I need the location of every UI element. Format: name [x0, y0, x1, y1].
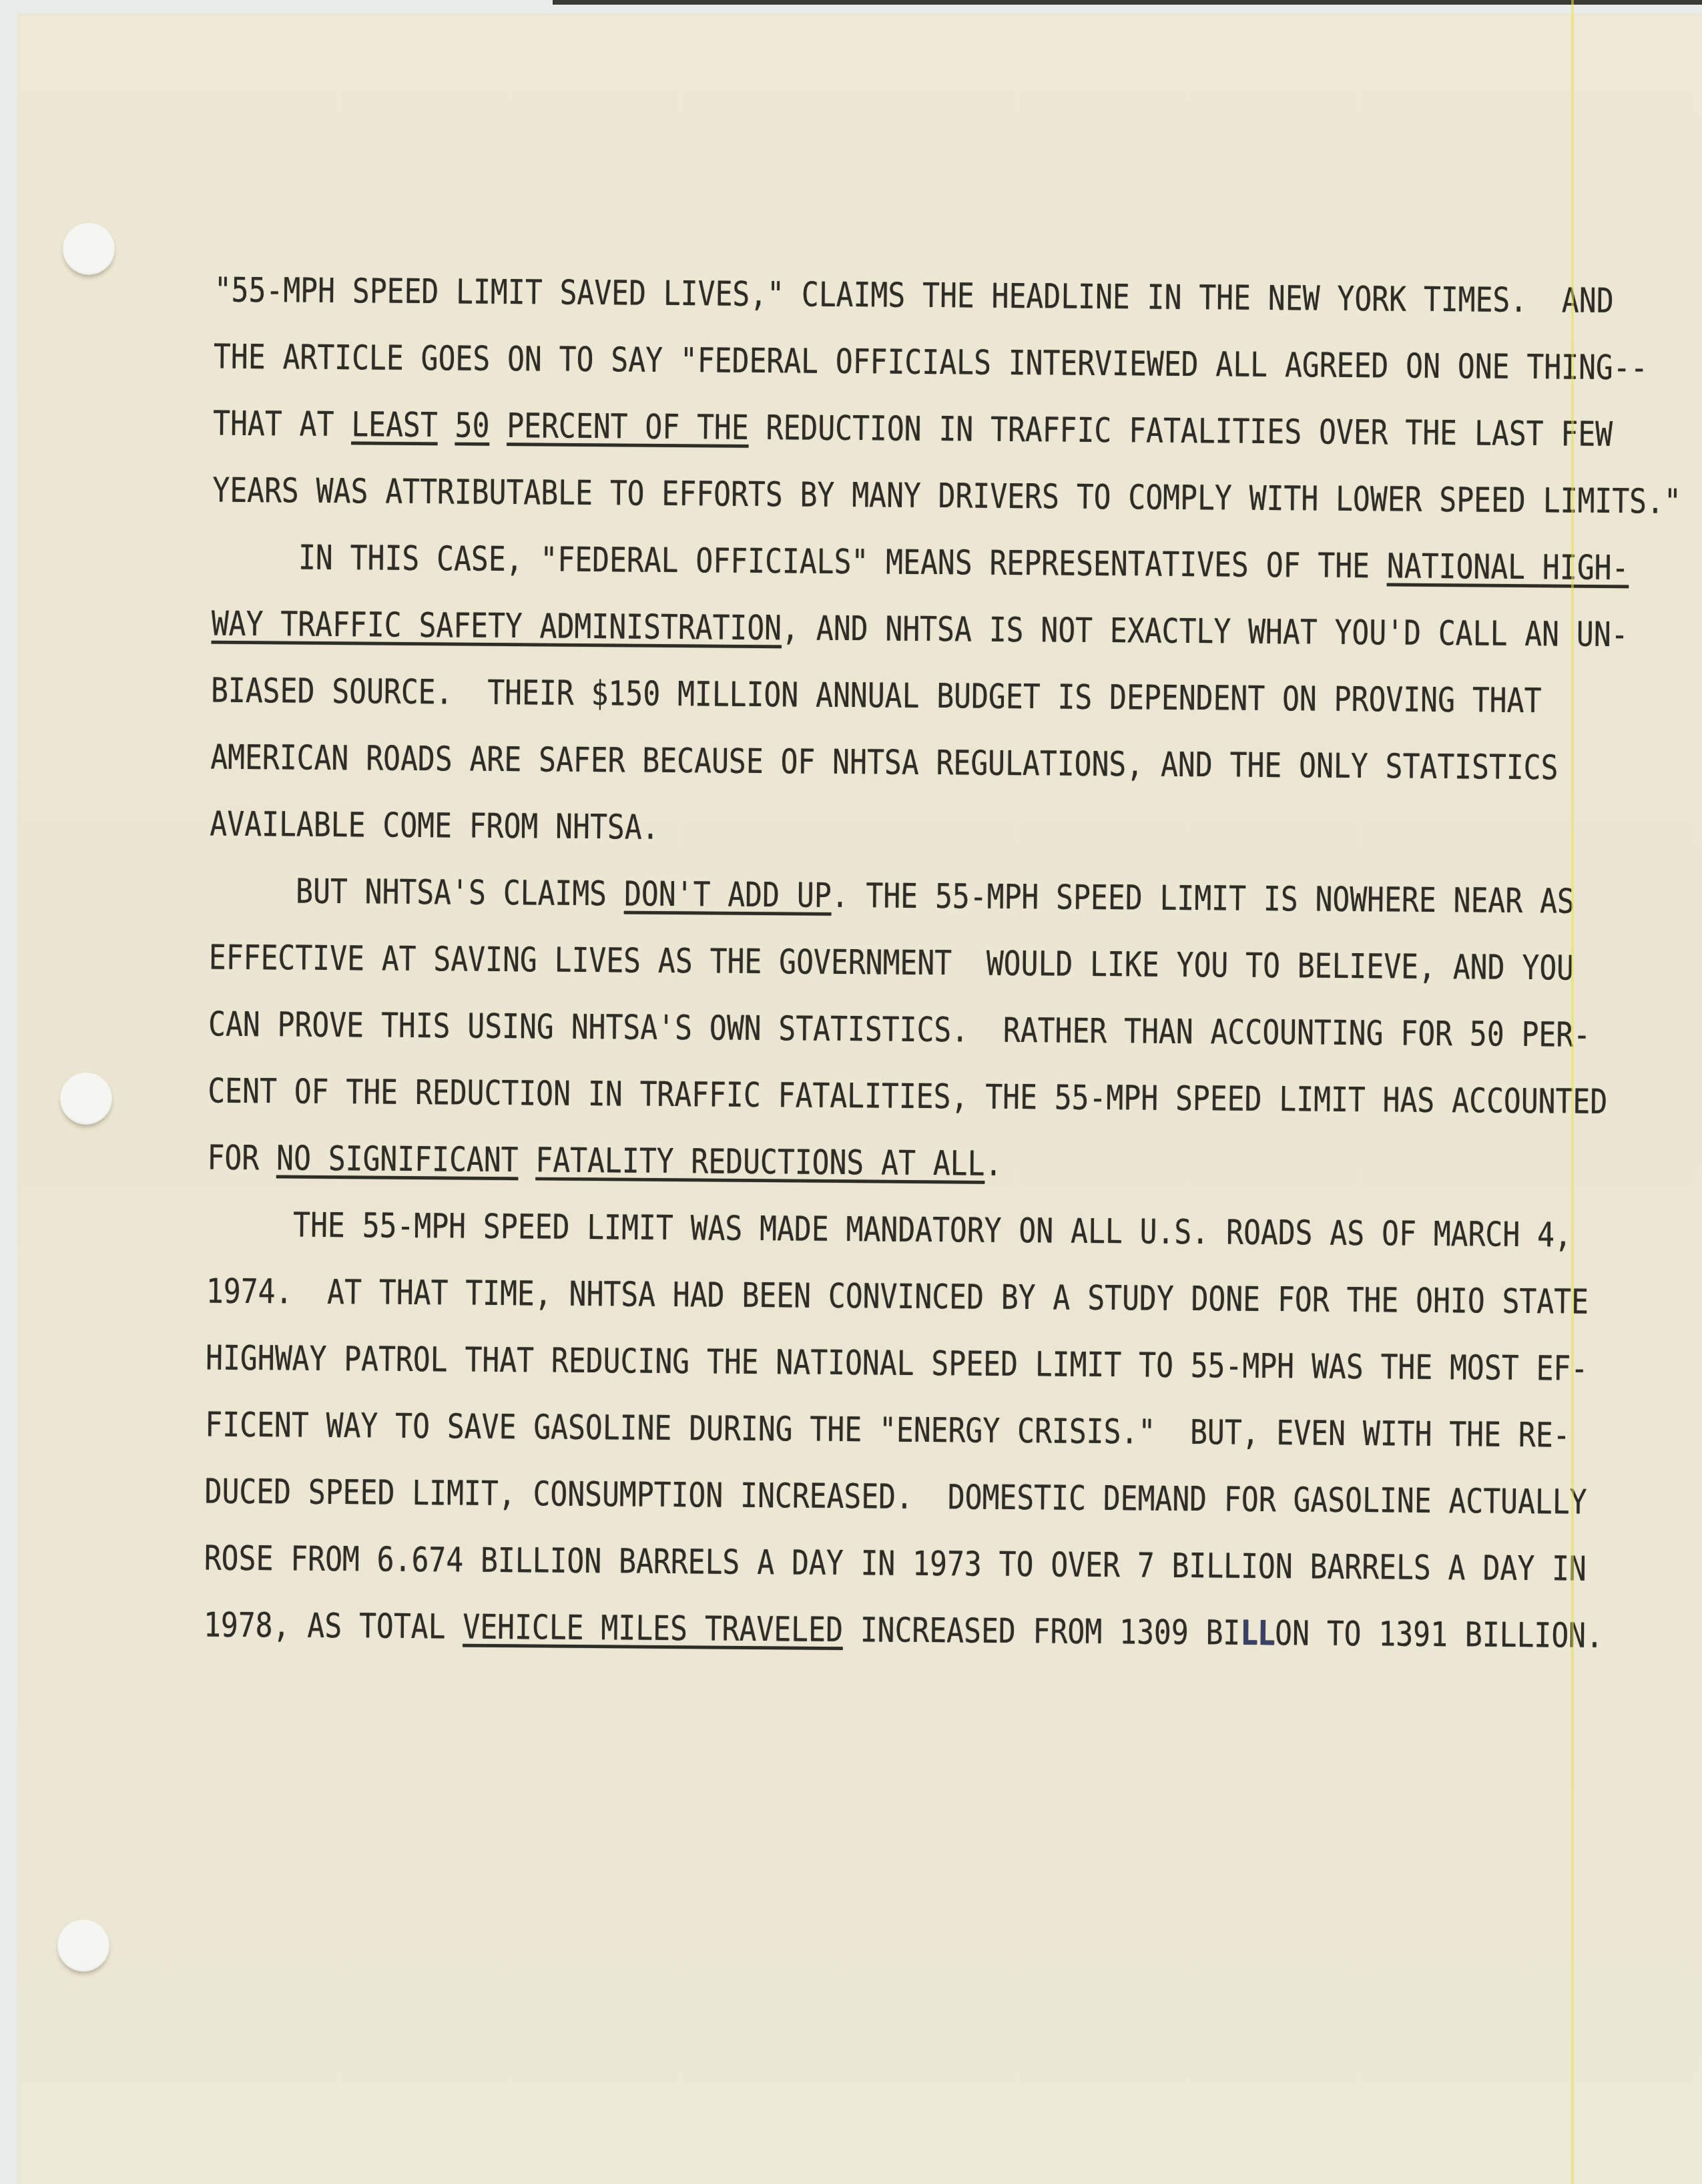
scan-edge-top	[553, 0, 1702, 5]
text-segment	[438, 406, 455, 445]
text-segment: ON TO 1391 BILLION.	[1275, 1614, 1603, 1656]
text-segment: BIASED SOURCE. THEIR $150 MILLION ANNUAL…	[211, 671, 1542, 722]
underlined-text-segment: WAY TRAFFIC SAFETY ADMINISTRATION	[212, 605, 782, 649]
text-segment: THE 55-MPH SPEED LIMIT WAS MADE MANDATOR…	[207, 1205, 1573, 1255]
text-segment: INCREASED FROM 1309 BI	[843, 1611, 1241, 1653]
document-text: "55-MPH SPEED LIMIT SAVED LIVES," CLAIMS…	[204, 251, 1683, 1664]
text-segment: , AND NHTSA IS NOT EXACTLY WHAT YOU'D CA…	[782, 609, 1629, 655]
text-segment: CENT OF THE REDUCTION IN TRAFFIC FATALIT…	[208, 1071, 1607, 1121]
text-segment: ROSE FROM 6.674 BILLION BARRELS A DAY IN…	[204, 1539, 1587, 1589]
text-segment: .	[984, 1145, 1002, 1184]
overstruck-text-segment: LL	[1240, 1614, 1275, 1653]
text-segment	[489, 406, 507, 446]
underlined-text-segment: DON'T ADD UP	[624, 874, 832, 915]
underlined-text-segment: PERCENT OF THE	[507, 406, 749, 448]
document-line: 1978, AS TOTAL VEHICLE MILES TRAVELED IN…	[204, 1586, 1673, 1676]
text-segment: HIGHWAY PATROL THAT REDUCING THE NATIONA…	[206, 1338, 1588, 1388]
text-segment	[518, 1141, 535, 1180]
text-segment: THE ARTICLE GOES ON TO SAY "FEDERAL OFFI…	[214, 338, 1648, 388]
text-segment: FICENT WAY TO SAVE GASOLINE DURING THE "…	[205, 1405, 1571, 1455]
text-segment: AMERICAN ROADS ARE SAFER BECAUSE OF NHTS…	[210, 738, 1558, 788]
text-segment: FOR	[207, 1138, 276, 1178]
underlined-text-segment: NATIONAL HIGH-	[1387, 547, 1629, 588]
text-segment: THAT AT	[213, 404, 352, 445]
text-segment: REDUCTION IN TRAFFIC FATALITIES OVER THE…	[749, 408, 1613, 455]
document-page: "55-MPH SPEED LIMIT SAVED LIVES," CLAIMS…	[17, 13, 1702, 2184]
underlined-text-segment: LEAST	[351, 405, 438, 445]
text-segment: . THE 55-MPH SPEED LIMIT IS NOWHERE NEAR…	[831, 876, 1575, 922]
hole-punch-top	[63, 223, 115, 275]
underlined-text-segment: VEHICLE MILES TRAVELED	[463, 1608, 843, 1650]
text-segment: IN THIS CASE, "FEDERAL OFFICIALS" MEANS …	[212, 538, 1387, 587]
text-segment: YEARS WAS ATTRIBUTABLE TO EFFORTS BY MAN…	[212, 471, 1681, 522]
hole-punch-bottom	[57, 1920, 109, 1972]
text-segment: 1978, AS TOTAL	[204, 1605, 463, 1647]
text-segment: "55-MPH SPEED LIMIT SAVED LIVES," CLAIMS…	[214, 271, 1614, 321]
underlined-text-segment: FATALITY REDUCTIONS AT ALL	[535, 1141, 985, 1183]
text-segment: CAN PROVE THIS USING NHTSA'S OWN STATIST…	[208, 1005, 1591, 1055]
scan-artifact-yellow-line	[1571, 0, 1574, 2184]
text-segment: DUCED SPEED LIMIT, CONSUMPTION INCREASED…	[204, 1472, 1587, 1522]
hole-punch-middle	[60, 1073, 112, 1125]
underlined-text-segment: NO SIGNIFICANT	[276, 1139, 519, 1180]
text-segment: AVAILABLE COME FROM NHTSA.	[210, 805, 659, 848]
text-segment: EFFECTIVE AT SAVING LIVES AS THE GOVERNM…	[209, 938, 1575, 989]
text-segment: BUT NHTSA'S CLAIMS	[209, 872, 624, 914]
text-segment: 1974. AT THAT TIME, NHTSA HAD BEEN CONVI…	[206, 1272, 1589, 1322]
underlined-text-segment: 50	[455, 406, 489, 445]
